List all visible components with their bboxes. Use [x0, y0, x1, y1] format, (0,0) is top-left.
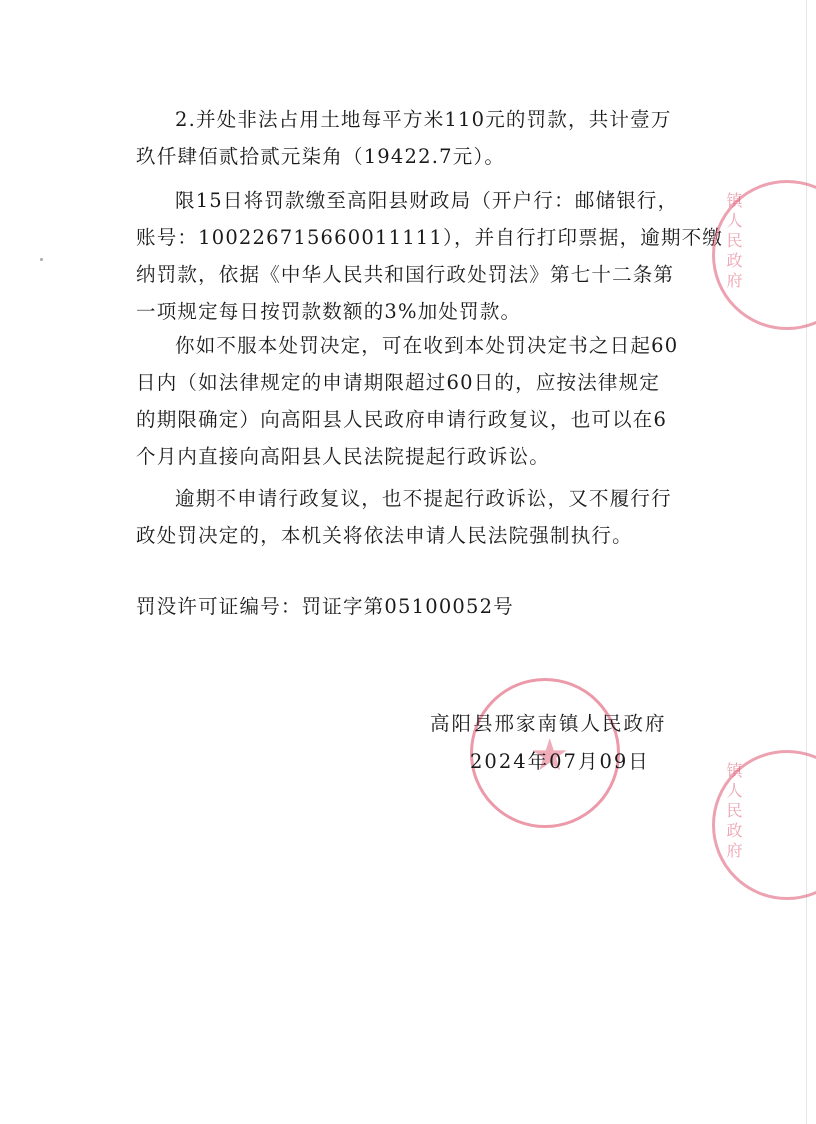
document-page: 2.并处非法占用土地每平方米110元的罚款，共计壹万 玖仟肆佰贰拾贰元柒角（19… [0, 0, 816, 1124]
text-line: 2.并处非法占用土地每平方米110元的罚款，共计壹万 [136, 101, 696, 138]
partial-seal-text-bottom: 镇人民政府 [722, 762, 745, 862]
text-line: 日内（如法律规定的申请期限超过60日的，应按法律规定 [136, 364, 696, 401]
scan-speck [40, 258, 43, 261]
partial-seal-text-top: 镇人民政府 [722, 192, 745, 292]
text-line: 逾期不申请行政复议，也不提起行政诉讼，又不履行行 [136, 480, 696, 517]
paragraph-penalty-item-2: 2.并处非法占用土地每平方米110元的罚款，共计壹万 玖仟肆佰贰拾贰元柒角（19… [136, 101, 696, 175]
text-line: 一项规定每日按罚款数额的3%加处罚款。 [136, 293, 696, 330]
signing-date: 2024年07月09日 [470, 746, 650, 774]
paragraph-payment-instructions: 限15日将罚款缴至高阳县财政局（开户行：邮储银行， 账号：10022671566… [136, 182, 696, 330]
text-line: 限15日将罚款缴至高阳县财政局（开户行：邮储银行， [136, 182, 696, 219]
text-line: 你如不服本处罚决定，可在收到本处罚决定书之日起60 [136, 327, 696, 364]
signing-authority: 高阳县邢家南镇人民政府 [430, 708, 667, 736]
paragraph-appeal-rights: 你如不服本处罚决定，可在收到本处罚决定书之日起60 日内（如法律规定的申请期限超… [136, 327, 696, 475]
paragraph-enforcement-notice: 逾期不申请行政复议，也不提起行政诉讼，又不履行行 政处罚决定的，本机关将依法申请… [136, 480, 696, 554]
text-line: 个月内直接向高阳县人民法院提起行政诉讼。 [136, 438, 696, 475]
scan-edge [806, 0, 807, 1124]
text-line: 的期限确定）向高阳县人民政府申请行政复议，也可以在6 [136, 401, 696, 438]
text-line: 玖仟肆佰贰拾贰元柒角（19422.7元）。 [136, 138, 696, 175]
text-line: 纳罚款，依据《中华人民共和国行政处罚法》第七十二条第 [136, 256, 696, 293]
text-line: 政处罚决定的，本机关将依法申请人民法院强制执行。 [136, 517, 696, 554]
text-line: 账号：100226715660011111），并自行打印票据，逾期不缴 [136, 219, 696, 256]
license-number: 罚没许可证编号：罚证字第05100052号 [136, 588, 696, 625]
